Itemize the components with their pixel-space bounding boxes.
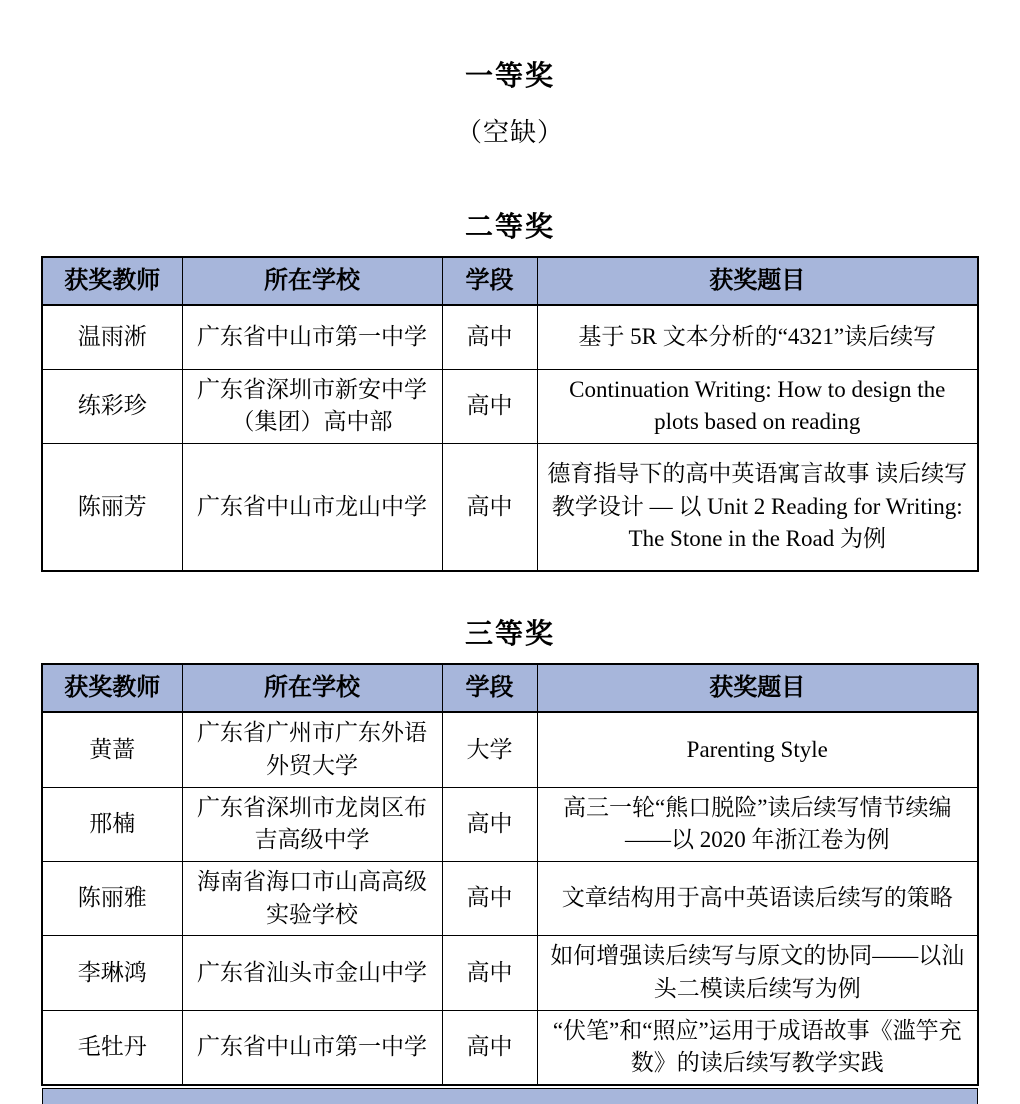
column-header-stage: 学段: [442, 257, 537, 305]
award-title-cell: 德育指导下的高中英语寓言故事 读后续写教学设计 — 以 Unit 2 Readi…: [537, 443, 978, 571]
teacher-name-cell: 练彩珍: [42, 369, 182, 443]
next-table-partial-header: [42, 1088, 978, 1104]
school-cell: 广东省汕头市金山中学: [182, 936, 442, 1010]
teacher-name-cell: 黄蔷: [42, 712, 182, 787]
school-cell: 广东省中山市第一中学: [182, 1010, 442, 1085]
third-prize-title: 三等奖: [0, 612, 1020, 652]
teacher-name-cell: 邢楠: [42, 787, 182, 861]
column-header-school: 所在学校: [182, 257, 442, 305]
table-row: 黄蔷 广东省广州市广东外语外贸大学 大学 Parenting Style: [42, 712, 978, 787]
table-row: 毛牡丹 广东省中山市第一中学 高中 “伏笔”和“照应”运用于成语故事《滥竽充数》…: [42, 1010, 978, 1085]
first-prize-title: 一等奖: [0, 0, 1020, 94]
stage-cell: 高中: [442, 787, 537, 861]
teacher-name-cell: 温雨淅: [42, 305, 182, 369]
second-prize-title: 二等奖: [0, 205, 1020, 245]
stage-cell: 高中: [442, 369, 537, 443]
school-cell: 广东省广州市广东外语外贸大学: [182, 712, 442, 787]
table-header-row: 获奖教师 所在学校 学段 获奖题目: [42, 257, 978, 305]
table-row: 李琳鸿 广东省汕头市金山中学 高中 如何增强读后续写与原文的协同——以汕头二模读…: [42, 936, 978, 1010]
table-row: 温雨淅 广东省中山市第一中学 高中 基于 5R 文本分析的“4321”读后续写: [42, 305, 978, 369]
award-title-cell: Continuation Writing: How to design the …: [537, 369, 978, 443]
stage-cell: 高中: [442, 305, 537, 369]
table-row: 练彩珍 广东省深圳市新安中学（集团）高中部 高中 Continuation Wr…: [42, 369, 978, 443]
table-header-row: 获奖教师 所在学校 学段 获奖题目: [42, 664, 978, 712]
school-cell: 广东省中山市第一中学: [182, 305, 442, 369]
first-prize-vacant-note: （空缺）: [0, 112, 1020, 149]
school-cell: 广东省深圳市新安中学（集团）高中部: [182, 369, 442, 443]
stage-cell: 高中: [442, 443, 537, 571]
table-row: 陈丽雅 海南省海口市山高高级实验学校 高中 文章结构用于高中英语读后续写的策略: [42, 861, 978, 935]
column-header-title: 获奖题目: [537, 664, 978, 712]
award-title-cell: 高三一轮“熊口脱险”读后续写情节续编——以 2020 年浙江卷为例: [537, 787, 978, 861]
teacher-name-cell: 陈丽芳: [42, 443, 182, 571]
award-title-cell: 基于 5R 文本分析的“4321”读后续写: [537, 305, 978, 369]
column-header-title: 获奖题目: [537, 257, 978, 305]
table-row: 邢楠 广东省深圳市龙岗区布吉高级中学 高中 高三一轮“熊口脱险”读后续写情节续编…: [42, 787, 978, 861]
table-row: 陈丽芳 广东省中山市龙山中学 高中 德育指导下的高中英语寓言故事 读后续写教学设…: [42, 443, 978, 571]
school-cell: 广东省深圳市龙岗区布吉高级中学: [182, 787, 442, 861]
document-page: 一等奖 （空缺） 二等奖 获奖教师 所在学校 学段 获奖题目 温雨淅 广东省中山…: [0, 0, 1020, 1104]
award-title-cell: Parenting Style: [537, 712, 978, 787]
school-cell: 广东省中山市龙山中学: [182, 443, 442, 571]
award-title-cell: 文章结构用于高中英语读后续写的策略: [537, 861, 978, 935]
teacher-name-cell: 毛牡丹: [42, 1010, 182, 1085]
second-prize-table: 获奖教师 所在学校 学段 获奖题目 温雨淅 广东省中山市第一中学 高中 基于 5…: [41, 256, 979, 572]
third-prize-table: 获奖教师 所在学校 学段 获奖题目 黄蔷 广东省广州市广东外语外贸大学 大学 P…: [41, 663, 979, 1086]
school-cell: 海南省海口市山高高级实验学校: [182, 861, 442, 935]
column-header-teacher: 获奖教师: [42, 664, 182, 712]
award-title-cell: 如何增强读后续写与原文的协同——以汕头二模读后续写为例: [537, 936, 978, 1010]
teacher-name-cell: 陈丽雅: [42, 861, 182, 935]
award-title-cell: “伏笔”和“照应”运用于成语故事《滥竽充数》的读后续写教学实践: [537, 1010, 978, 1085]
stage-cell: 大学: [442, 712, 537, 787]
teacher-name-cell: 李琳鸿: [42, 936, 182, 1010]
column-header-stage: 学段: [442, 664, 537, 712]
stage-cell: 高中: [442, 861, 537, 935]
stage-cell: 高中: [442, 1010, 537, 1085]
column-header-teacher: 获奖教师: [42, 257, 182, 305]
column-header-school: 所在学校: [182, 664, 442, 712]
stage-cell: 高中: [442, 936, 537, 1010]
